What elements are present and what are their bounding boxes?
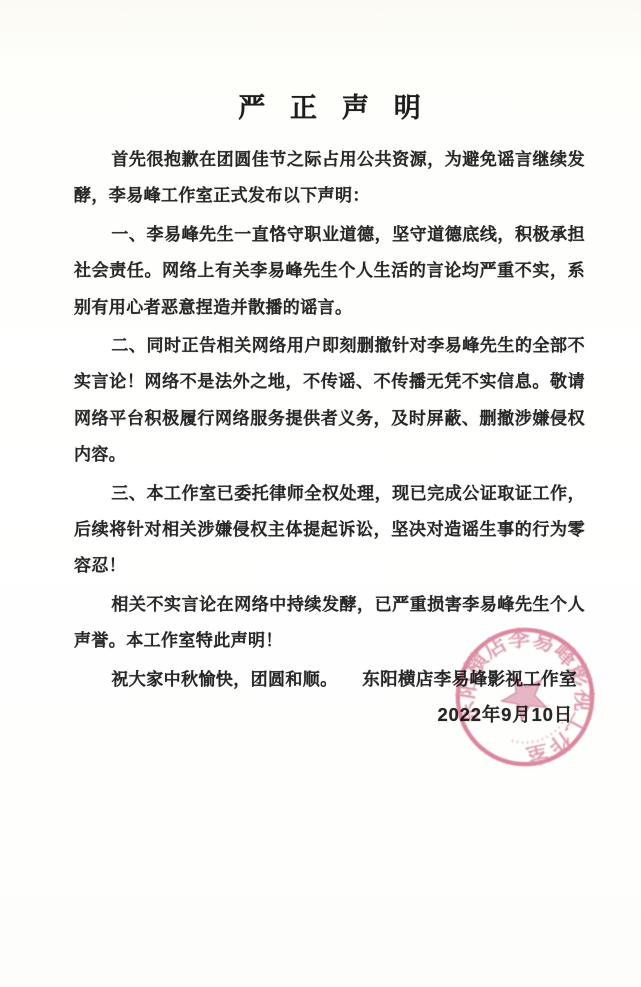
official-seal-stamp-icon: 东阳横店李易峰影视工作室 [440,612,610,782]
seal-star-icon [494,665,554,724]
statement-point-1: 一、李易峰先生一直恪守职业道德，坚守道德底线，积极承担社会责任。网络上有关李易峰… [74,217,585,326]
statement-point-3: 三、本工作室已委托律师全权处理，现已完成公证取证工作，后续将针对相关涉嫌侵权主体… [74,476,585,585]
statement-title: 严正声明 [74,90,585,126]
statement-intro: 首先很抱歉在团圆佳节之际占用公共资源，为避免谣言继续发酵，李易峰工作室正式发布以… [74,142,585,215]
statement-point-2: 二、同时正告相关网络用户即刻删撤针对李易峰先生的全部不实言论！网络不是法外之地，… [74,328,585,474]
statement-page: 严正声明 首先很抱歉在团圆佳节之际占用公共资源，为避免谣言继续发酵，李易峰工作室… [0,0,641,987]
